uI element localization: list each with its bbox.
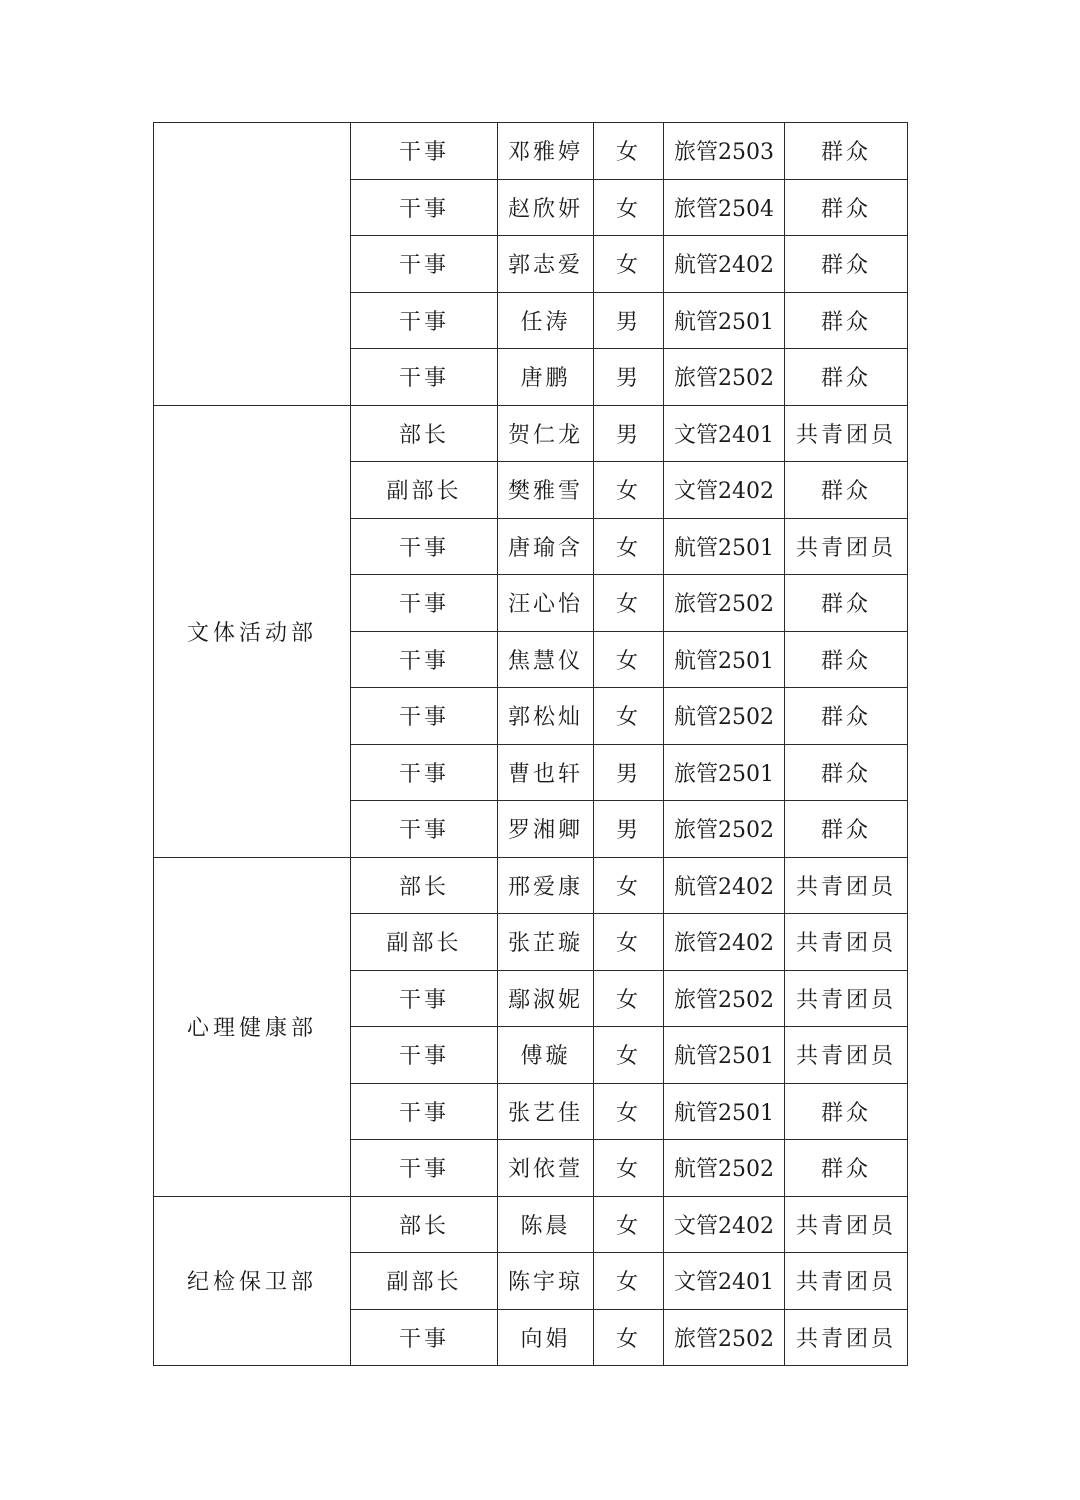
department-cell: 心理健康部 [154,857,351,1196]
political-status-cell: 共青团员 [785,405,908,462]
name-cell: 任涛 [498,292,594,349]
role-cell: 副部长 [351,914,498,971]
name-cell: 向娟 [498,1309,594,1366]
table-row: 纪检保卫部 部长 陈晨 女 文管2402 共青团员 [154,1196,908,1253]
gender-cell: 女 [594,575,664,632]
gender-cell: 男 [594,292,664,349]
role-cell: 干事 [351,123,498,180]
table-row: 文体活动部 部长 贺仁龙 男 文管2401 共青团员 [154,405,908,462]
class-cell: 航管2402 [664,236,785,293]
political-status-cell: 群众 [785,236,908,293]
political-status-cell: 群众 [785,292,908,349]
political-status-cell: 共青团员 [785,518,908,575]
role-cell: 部长 [351,1196,498,1253]
political-status-cell: 群众 [785,744,908,801]
political-status-cell: 群众 [785,1140,908,1197]
department-cell: 文体活动部 [154,405,351,857]
political-status-cell: 共青团员 [785,1253,908,1310]
class-cell: 旅管2502 [664,970,785,1027]
name-cell: 刘依萱 [498,1140,594,1197]
role-cell: 干事 [351,1083,498,1140]
role-cell: 干事 [351,688,498,745]
class-cell: 旅管2502 [664,801,785,858]
political-status-cell: 群众 [785,462,908,519]
name-cell: 张艺佳 [498,1083,594,1140]
name-cell: 樊雅雪 [498,462,594,519]
role-cell: 干事 [351,1309,498,1366]
political-status-cell: 共青团员 [785,1196,908,1253]
gender-cell: 女 [594,179,664,236]
name-cell: 张芷璇 [498,914,594,971]
gender-cell: 女 [594,1083,664,1140]
gender-cell: 男 [594,744,664,801]
class-cell: 旅管2502 [664,1309,785,1366]
class-cell: 文管2401 [664,405,785,462]
political-status-cell: 群众 [785,123,908,180]
roster-table: 干事 邓雅婷 女 旅管2503 群众 干事 赵欣妍 女 旅管2504 群众 干事… [153,122,908,1366]
name-cell: 汪心怡 [498,575,594,632]
gender-cell: 女 [594,123,664,180]
gender-cell: 女 [594,1140,664,1197]
role-cell: 干事 [351,1140,498,1197]
name-cell: 唐瑜含 [498,518,594,575]
role-cell: 干事 [351,970,498,1027]
political-status-cell: 群众 [785,1083,908,1140]
class-cell: 航管2502 [664,688,785,745]
role-cell: 干事 [351,1027,498,1084]
name-cell: 傅璇 [498,1027,594,1084]
name-cell: 罗湘卿 [498,801,594,858]
class-cell: 文管2401 [664,1253,785,1310]
role-cell: 部长 [351,405,498,462]
name-cell: 郭松灿 [498,688,594,745]
political-status-cell: 群众 [785,801,908,858]
political-status-cell: 群众 [785,631,908,688]
role-cell: 干事 [351,575,498,632]
role-cell: 部长 [351,857,498,914]
department-cell: 纪检保卫部 [154,1196,351,1366]
document-page: 干事 邓雅婷 女 旅管2503 群众 干事 赵欣妍 女 旅管2504 群众 干事… [0,0,1080,1500]
name-cell: 邓雅婷 [498,123,594,180]
class-cell: 航管2501 [664,1027,785,1084]
name-cell: 陈宇琼 [498,1253,594,1310]
role-cell: 干事 [351,236,498,293]
class-cell: 旅管2504 [664,179,785,236]
role-cell: 副部长 [351,462,498,519]
gender-cell: 女 [594,857,664,914]
table-row: 干事 邓雅婷 女 旅管2503 群众 [154,123,908,180]
class-cell: 文管2402 [664,462,785,519]
class-cell: 航管2501 [664,1083,785,1140]
political-status-cell: 共青团员 [785,1027,908,1084]
political-status-cell: 共青团员 [785,970,908,1027]
gender-cell: 女 [594,914,664,971]
class-cell: 旅管2502 [664,575,785,632]
gender-cell: 女 [594,970,664,1027]
name-cell: 曹也轩 [498,744,594,801]
roster-body: 干事 邓雅婷 女 旅管2503 群众 干事 赵欣妍 女 旅管2504 群众 干事… [154,123,908,1366]
political-status-cell: 共青团员 [785,1309,908,1366]
name-cell: 焦慧仪 [498,631,594,688]
class-cell: 航管2501 [664,518,785,575]
political-status-cell: 群众 [785,179,908,236]
gender-cell: 女 [594,1196,664,1253]
class-cell: 旅管2502 [664,349,785,406]
role-cell: 干事 [351,801,498,858]
political-status-cell: 群众 [785,688,908,745]
role-cell: 干事 [351,518,498,575]
gender-cell: 女 [594,631,664,688]
political-status-cell: 群众 [785,349,908,406]
class-cell: 旅管2503 [664,123,785,180]
political-status-cell: 共青团员 [785,857,908,914]
name-cell: 鄢淑妮 [498,970,594,1027]
table-row: 心理健康部 部长 邢爱康 女 航管2402 共青团员 [154,857,908,914]
class-cell: 航管2501 [664,631,785,688]
role-cell: 干事 [351,179,498,236]
role-cell: 干事 [351,744,498,801]
role-cell: 干事 [351,292,498,349]
gender-cell: 男 [594,349,664,406]
class-cell: 旅管2402 [664,914,785,971]
class-cell: 文管2402 [664,1196,785,1253]
gender-cell: 女 [594,688,664,745]
role-cell: 副部长 [351,1253,498,1310]
political-status-cell: 共青团员 [785,914,908,971]
gender-cell: 女 [594,518,664,575]
class-cell: 旅管2501 [664,744,785,801]
class-cell: 航管2502 [664,1140,785,1197]
political-status-cell: 群众 [785,575,908,632]
gender-cell: 女 [594,462,664,519]
gender-cell: 女 [594,1309,664,1366]
role-cell: 干事 [351,349,498,406]
role-cell: 干事 [351,631,498,688]
gender-cell: 男 [594,801,664,858]
name-cell: 陈晨 [498,1196,594,1253]
name-cell: 邢爱康 [498,857,594,914]
gender-cell: 女 [594,1027,664,1084]
name-cell: 唐鹏 [498,349,594,406]
name-cell: 赵欣妍 [498,179,594,236]
class-cell: 航管2501 [664,292,785,349]
gender-cell: 男 [594,405,664,462]
name-cell: 郭志爱 [498,236,594,293]
gender-cell: 女 [594,236,664,293]
department-cell [154,123,351,406]
gender-cell: 女 [594,1253,664,1310]
class-cell: 航管2402 [664,857,785,914]
name-cell: 贺仁龙 [498,405,594,462]
